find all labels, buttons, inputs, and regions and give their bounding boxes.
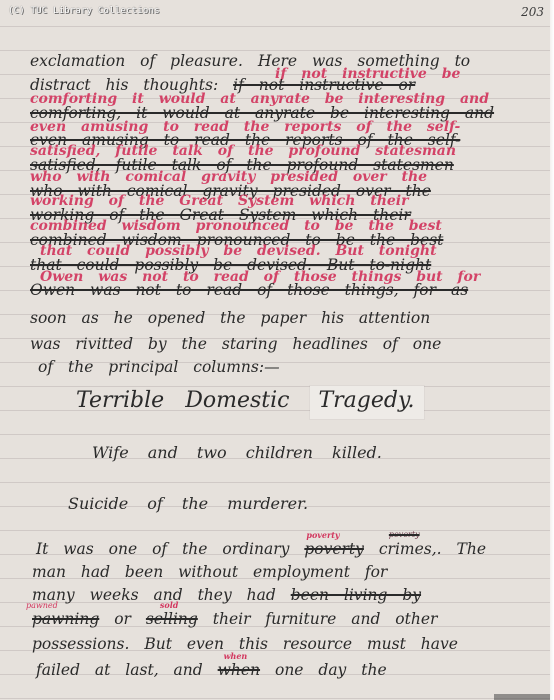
revision-group: sold selling	[146, 610, 213, 628]
manuscript-line: failed at last, and when when one day th…	[36, 661, 387, 679]
manuscript-line: It was one of the ordinary poverty pover…	[36, 540, 486, 558]
subheadline: Suicide of the murderer.	[68, 494, 308, 513]
page-number: 203	[521, 5, 544, 19]
line-text: failed at last, and	[36, 661, 203, 679]
newspaper-headline: Terrible Domestic Tragedy.	[76, 386, 424, 419]
page-edge-shadow	[494, 694, 554, 700]
line-text: crimes,. The	[379, 540, 486, 558]
manuscript-line: many weeks and they had been living by	[32, 586, 421, 604]
headline-word: Tragedy	[318, 388, 407, 413]
manuscript-line: was rivitted by the staring headlines of…	[30, 335, 441, 353]
manuscript-line: pawned pawning or sold selling their fur…	[32, 610, 437, 628]
manuscript-line: of the principal columns:—	[38, 358, 280, 376]
revision-group: poverty poverty	[304, 540, 379, 558]
manuscript-page: (C) TUC Library Collections 203 exclamat…	[0, 0, 554, 700]
struck-text: pawning	[32, 610, 99, 628]
line-text: many weeks and they had	[32, 586, 276, 604]
inserted-word: sold	[160, 600, 178, 610]
revision-group: poverty crimes,. The	[379, 540, 486, 558]
struck-text: when	[218, 661, 260, 679]
headline-word: Domestic	[185, 388, 289, 413]
headline-word: Terrible	[76, 388, 164, 413]
struck-text: been living by	[291, 586, 421, 604]
struck-text: selling	[146, 610, 198, 628]
copyright-watermark: (C) TUC Library Collections	[8, 6, 160, 16]
revision-group: when when	[218, 661, 275, 679]
line-text: It was one of the ordinary	[36, 540, 289, 558]
manuscript-line: man had been without employment for	[32, 563, 387, 581]
inserted-word: when	[224, 651, 248, 661]
struck-line: Owen was not to read of those things, fo…	[30, 281, 468, 299]
line-text: their furniture and other	[213, 610, 438, 628]
subheadline: Wife and two children killed.	[92, 443, 382, 462]
line-text: or	[114, 610, 131, 628]
line-text: one day the	[275, 661, 387, 679]
headline-punct: .	[407, 388, 414, 413]
inserted-word: poverty	[389, 530, 420, 539]
struck-text: poverty	[304, 540, 364, 558]
inserted-word: poverty	[306, 530, 339, 540]
pasted-correction-patch: Tragedy.	[310, 386, 424, 419]
inserted-word: pawned	[26, 601, 58, 610]
manuscript-line: soon as he opened the paper his attentio…	[30, 309, 430, 327]
revision-group: pawned pawning	[32, 610, 114, 628]
